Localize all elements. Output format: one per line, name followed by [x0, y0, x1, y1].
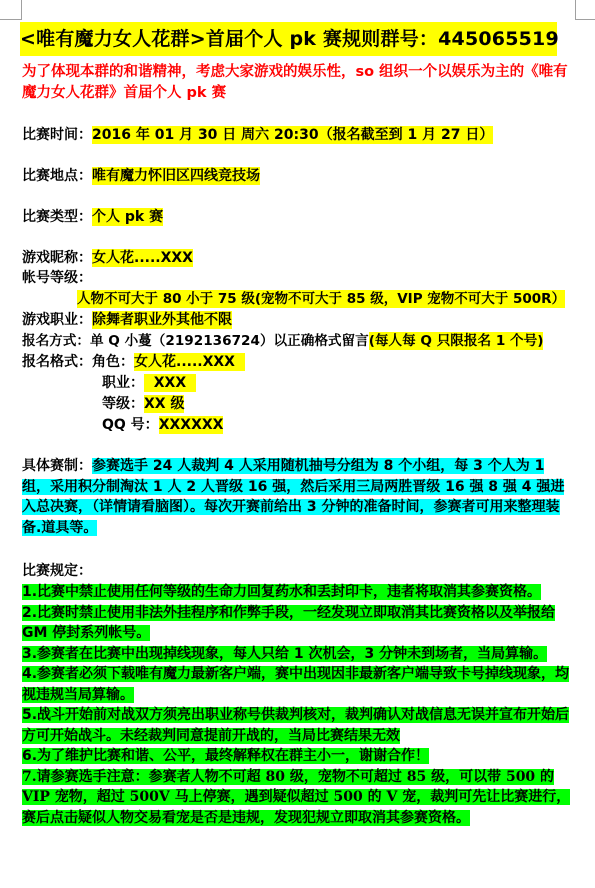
- rule-item: 6.为了维护比赛和谐、公平，最终解释权在群主小一，谢谢合作！: [22, 746, 577, 767]
- field-type: 比赛类型：个人 pk 赛: [22, 207, 163, 227]
- field-label: 帐号等级：: [22, 270, 92, 286]
- field-value: 个人 pk 赛: [92, 208, 163, 226]
- field-value: (每人每 Q 只限报名 1 个号): [369, 332, 544, 350]
- page-corner-mark-right: [575, 0, 595, 20]
- format-item-value: XX 级: [144, 395, 184, 413]
- format-item-label: 等级：: [102, 396, 144, 412]
- field-value: 参赛选手 24 人裁判 4 人采用随机抽号分组为 8 个小组，每 3 个人为 1…: [22, 458, 564, 536]
- field-label: 比赛类型：: [22, 209, 92, 225]
- rule-item: 5.战斗开始前对战双方须亮出职业称号供裁判核对，裁判确认对战信息无误并宣布开始后…: [22, 705, 577, 746]
- field-value: 2016 年 01 月 30 日 周六 20:30（报名截至到 1 月 27 日…: [92, 126, 493, 144]
- rules-list: 1.比赛中禁止使用任何等级的生命力回复药水和丢封印卡，违者将取消其参赛资格。 2…: [22, 582, 577, 828]
- rules-heading: 比赛规定：: [22, 561, 92, 581]
- field-place: 比赛地点：唯有魔力怀旧区四线竞技场: [22, 166, 260, 186]
- field-format: 具体赛制：参赛选手 24 人裁判 4 人采用随机抽号分组为 8 个小组，每 3 …: [22, 456, 577, 538]
- intro-paragraph: 为了体现本群的和谐精神，考虑大家游戏的娱乐性，so 组织一个以娱乐为主的《唯有魔…: [22, 62, 582, 104]
- rule-item: 7.请参赛选手注意：参赛者人物不可超 80 级，宠物不可超过 85 级，可以带 …: [22, 767, 577, 829]
- field-level: 帐号等级：: [22, 268, 92, 288]
- field-nickname: 游戏昵称：女人花.....XXX: [22, 248, 193, 268]
- field-label: 报名方式：: [22, 333, 90, 349]
- rule-item: 3.参赛者在比赛中出现掉线现象，每人只给 1 次机会，3 分钟未到场者，当局算输…: [22, 644, 577, 665]
- field-signup-format: 报名格式：角色：女人花.....XXX: [22, 352, 245, 372]
- field-level-value-row: 人物不可大于 80 小于 75 级(宠物不可大于 85 级，VIP 宠物不可大于…: [77, 289, 565, 309]
- field-text: 单 Q 小蔓（2192136724）以正确格式留言: [90, 333, 369, 349]
- format-item-job: 职业： XXX: [102, 373, 196, 393]
- rule-item: 4.参赛者必须下载唯有魔力最新客户端，赛中出现因非最新客户端导致卡号掉线现象，均…: [22, 664, 577, 705]
- format-item-label: 职业：: [102, 375, 144, 391]
- field-label: 比赛地点：: [22, 168, 92, 184]
- page-corner-mark-left: [0, 0, 22, 20]
- field-label: 比赛时间：: [22, 127, 92, 143]
- rule-item: 1.比赛中禁止使用任何等级的生命力回复药水和丢封印卡，违者将取消其参赛资格。: [22, 582, 577, 603]
- rule-item: 2.比赛时禁止使用非法外挂程序和作弊手段，一经发现立即取消其比赛资格以及举报给 …: [22, 603, 577, 644]
- format-item-label: 角色：: [92, 354, 134, 370]
- field-label: 游戏职业：: [22, 312, 92, 328]
- document-title: <唯有魔力女人花群>首届个人 pk 赛规则群号：445065519: [20, 22, 557, 56]
- field-signup-method: 报名方式：单 Q 小蔓（2192136724）以正确格式留言(每人每 Q 只限报…: [22, 331, 543, 351]
- field-label: 具体赛制：: [22, 458, 92, 474]
- field-label: 游戏昵称：: [22, 250, 92, 266]
- field-value: 唯有魔力怀旧区四线竞技场: [92, 167, 260, 185]
- format-item-level: 等级：XX 级: [102, 394, 184, 414]
- format-item-label: QQ 号：: [102, 417, 159, 433]
- field-label: 比赛规定：: [22, 563, 92, 579]
- field-value: 人物不可大于 80 小于 75 级(宠物不可大于 85 级，VIP 宠物不可大于…: [77, 290, 565, 308]
- field-label: 报名格式：: [22, 354, 92, 370]
- field-time: 比赛时间：2016 年 01 月 30 日 周六 20:30（报名截至到 1 月…: [22, 125, 493, 145]
- field-job: 游戏职业：除舞者职业外其他不限: [22, 310, 232, 330]
- format-item-value: XXXXXX: [159, 416, 224, 434]
- field-value: 女人花.....XXX: [92, 249, 193, 267]
- format-item-qq: QQ 号：XXXXXX: [102, 415, 223, 435]
- field-value: 除舞者职业外其他不限: [92, 311, 232, 329]
- format-item-value: XXX: [144, 374, 196, 392]
- format-item-value: 女人花.....XXX: [134, 353, 245, 371]
